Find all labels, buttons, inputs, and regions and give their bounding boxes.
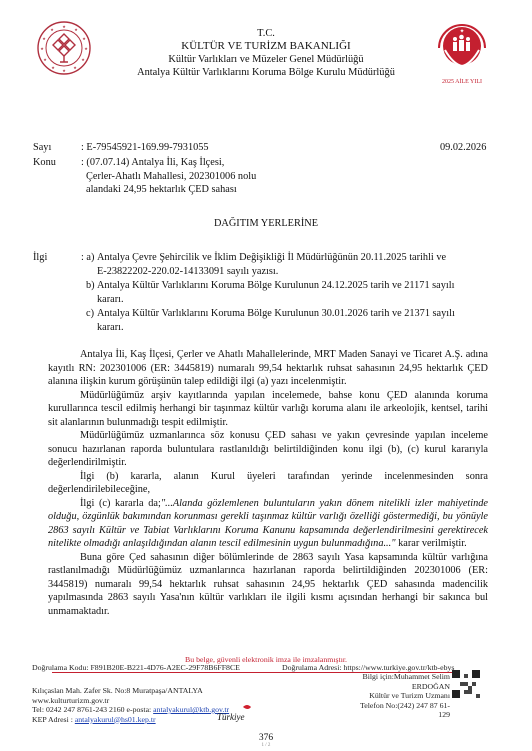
family-year-emblem-icon: ✦ 2025 AİLE YILI xyxy=(431,18,493,88)
kep-label: KEP Adresi : xyxy=(32,715,75,724)
paragraph-6: Buna göre Çed sahasının diğer bölümlerin… xyxy=(48,551,488,619)
kep-link[interactable]: antalyakurul@hs01.kep.tr xyxy=(75,715,156,724)
ilgi-b-prefix: b) xyxy=(86,279,95,292)
phone-email-line: Tel: 0242 247 8761-243 2160 e-posta: ant… xyxy=(32,705,229,715)
turkiye-logo-text: Türkiye xyxy=(217,712,245,722)
family-year-caption: 2025 AİLE YILI xyxy=(431,79,493,85)
ilgi-c-line-1: Antalya Kültür Varlıklarını Koruma Bölge… xyxy=(97,307,497,320)
ilgi-a-line-1: Antalya Çevre Şehircilik ve İklim Değişi… xyxy=(97,251,497,264)
info-line-2: ERDOĞAN xyxy=(340,682,450,692)
letter-body: Antalya İli, Kaş İlçesi, Çerler ve Ahatl… xyxy=(48,348,488,618)
konu-label: Konu xyxy=(33,156,56,169)
konu-line-3: alandaki 24,95 hektarlık ÇED sahası xyxy=(86,183,237,196)
paragraph-5-intro: İlgi (c) kararla da; xyxy=(80,498,161,509)
paragraph-5: İlgi (c) kararla da;"...Alanda gözlemlen… xyxy=(48,497,488,551)
ilgi-label: İlgi xyxy=(33,251,47,264)
address: Kılıçaslan Mah. Zafer Sk. No:8 Muratpaşa… xyxy=(32,686,229,696)
info-line-4: Telefon No:(242) 247 87 61- xyxy=(340,701,450,711)
sayi-label: Sayı xyxy=(33,141,51,154)
turkiye-logo: Türkiye xyxy=(215,703,255,726)
ilgi-a-line-2: E-23822202-220.02-14133091 sayılı yazısı… xyxy=(97,265,278,278)
konu-line-2: Çerler-Ahatlı Mahallesi, 202301006 nolu xyxy=(86,170,256,183)
phone: Tel: 0242 247 8761-243 2160 e-posta: xyxy=(32,705,153,714)
website-link[interactable]: www.kulturturizm.gov.tr xyxy=(32,696,229,706)
ilgi-b-line-1: Antalya Kültür Varlıklarını Koruma Bölge… xyxy=(97,279,497,292)
footer-contact: Kılıçaslan Mah. Zafer Sk. No:8 Muratpaşa… xyxy=(32,686,229,724)
ilgi-c-line-2: kararı. xyxy=(97,321,124,334)
paragraph-5-end: karar verilmiştir. xyxy=(396,538,467,549)
svg-text:✦: ✦ xyxy=(459,28,464,35)
page-number: 376 xyxy=(0,733,532,743)
distribution-title: DAĞITIM YERLERİNE xyxy=(0,218,532,229)
info-line-3: Kültür ve Turizm Uzmanı xyxy=(340,691,450,701)
kep-line: KEP Adresi : antalyakurul@hs01.kep.tr xyxy=(32,715,229,725)
ilgi-a-prefix: : a) xyxy=(81,251,94,264)
paragraph-4: İlgi (b) kararla, alanın Kurul üyeleri t… xyxy=(48,470,488,497)
ilgi-c-prefix: c) xyxy=(86,307,94,320)
paragraph-2: Müdürlüğümüz arşiv kayıtlarında yapılan … xyxy=(48,389,488,430)
sayi-value: : E-79545921-169.99-7931055 xyxy=(81,141,209,154)
paragraph-3: Müdürlüğümüz uzmanlarınca söz konusu ÇED… xyxy=(48,429,488,470)
info-line-1: Bilgi için:Muhammet Selim xyxy=(340,672,450,682)
info-line-5: 129 xyxy=(340,710,450,720)
document-date: 09.02.2026 xyxy=(440,141,486,154)
qr-code-icon[interactable] xyxy=(452,670,480,698)
page-count: 1 / 2 xyxy=(0,743,532,748)
konu-line-1: : (07.07.14) Antalya İli, Kaş İlçesi, xyxy=(81,156,224,169)
contact-person-info: Bilgi için:Muhammet Selim ERDOĞAN Kültür… xyxy=(340,672,450,720)
ilgi-b-line-2: kararı. xyxy=(97,293,124,306)
paragraph-1: Antalya İli, Kaş İlçesi, Çerler ve Ahatl… xyxy=(48,348,488,389)
